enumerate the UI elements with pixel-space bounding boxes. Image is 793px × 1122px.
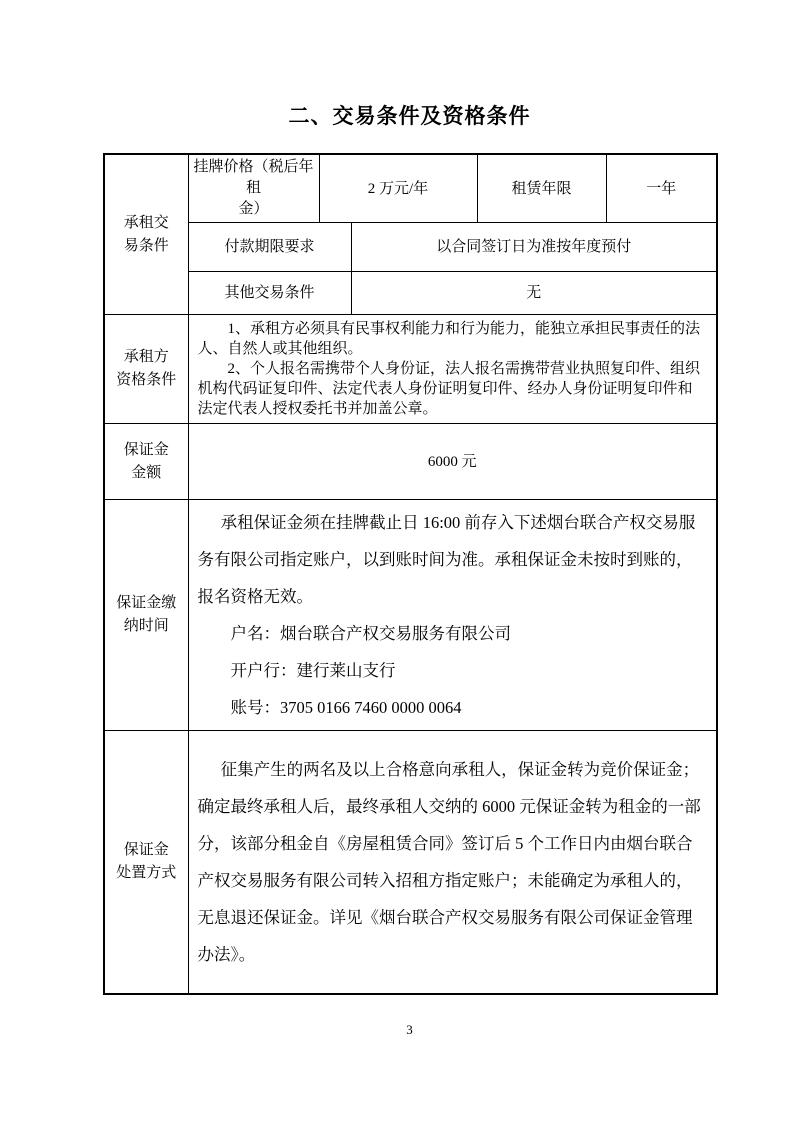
deposit-disposal-content: 征集产生的两名及以上合格意向承租人，保证金转为竞价保证金；确定最终承租人后，最终… — [188, 731, 717, 994]
listing-price-label: 挂牌价格（税后年租 金） — [188, 154, 319, 223]
row-listing-price: 承租交 易条件 挂牌价格（税后年租 金） 2 万元/年 租赁年限 一年 — [104, 154, 717, 223]
lease-term-label: 租赁年限 — [477, 154, 606, 223]
row-header-lease-conditions: 承租交 易条件 — [104, 154, 188, 315]
qualification-paragraph-1: 1、承租方必须具有民事权利能力和行为能力，能独立承担民事责任的法人、自然人或其他… — [198, 319, 708, 359]
lease-term-value: 一年 — [606, 154, 717, 223]
listing-price-value: 2 万元/年 — [319, 154, 477, 223]
row-deposit-amount: 保证金 金额 6000 元 — [104, 424, 717, 500]
row-qualification: 承租方 资格条件 1、承租方必须具有民事权利能力和行为能力，能独立承担民事责任的… — [104, 315, 717, 424]
deposit-amount-value: 6000 元 — [188, 424, 717, 500]
deposit-payment-time-content: 承租保证金须在挂牌截止日 16:00 前存入下述烟台联合产权交易服务有限公司指定… — [188, 500, 717, 731]
deposit-disposal-paragraph: 征集产生的两名及以上合格意向承租人，保证金转为竞价保证金；确定最终承租人后，最终… — [198, 751, 708, 973]
row-header-deposit-disposal: 保证金 处置方式 — [104, 731, 188, 994]
payment-terms-value: 以合同签订日为准按年度预付 — [351, 223, 717, 272]
qualification-content: 1、承租方必须具有民事权利能力和行为能力，能独立承担民事责任的法人、自然人或其他… — [188, 315, 717, 424]
account-name-line: 户名：烟台联合产权交易服务有限公司 — [198, 615, 708, 652]
other-conditions-label: 其他交易条件 — [188, 272, 351, 315]
row-header-deposit-payment-time: 保证金缴 纳时间 — [104, 500, 188, 731]
row-deposit-payment-time: 保证金缴 纳时间 承租保证金须在挂牌截止日 16:00 前存入下述烟台联合产权交… — [104, 500, 717, 731]
account-number-line: 账号：3705 0166 7460 0000 0064 — [198, 689, 708, 726]
other-conditions-value: 无 — [351, 272, 717, 315]
page-title: 二、交易条件及资格条件 — [103, 100, 716, 130]
row-deposit-disposal: 保证金 处置方式 征集产生的两名及以上合格意向承租人，保证金转为竞价保证金；确定… — [104, 731, 717, 994]
row-header-deposit-amount: 保证金 金额 — [104, 424, 188, 500]
bank-branch-line: 开户行：建行莱山支行 — [198, 652, 708, 689]
payment-terms-label: 付款期限要求 — [188, 223, 351, 272]
page-number: 3 — [103, 1022, 716, 1038]
conditions-table: 承租交 易条件 挂牌价格（税后年租 金） 2 万元/年 租赁年限 一年 付款期限… — [103, 153, 718, 995]
row-other-conditions: 其他交易条件 无 — [104, 272, 717, 315]
row-header-qualification: 承租方 资格条件 — [104, 315, 188, 424]
row-payment-terms: 付款期限要求 以合同签订日为准按年度预付 — [104, 223, 717, 272]
deposit-payment-time-intro: 承租保证金须在挂牌截止日 16:00 前存入下述烟台联合产权交易服务有限公司指定… — [198, 504, 708, 615]
qualification-paragraph-2: 2、个人报名需携带个人身份证，法人报名需携带营业执照复印件、组织机构代码证复印件… — [198, 359, 708, 419]
